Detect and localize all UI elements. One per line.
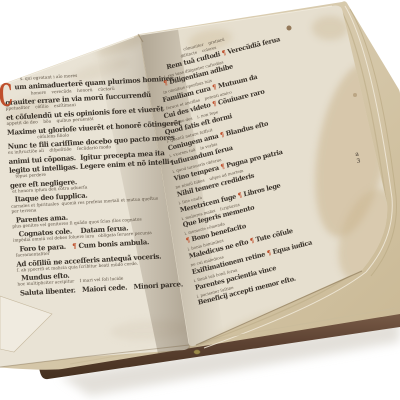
photograph-open-incunable: C s. qui egrotant i aĩo moresum animadue… xyxy=(0,0,400,400)
clasp-remnant xyxy=(194,350,200,354)
rubric-initial: C xyxy=(0,82,13,111)
